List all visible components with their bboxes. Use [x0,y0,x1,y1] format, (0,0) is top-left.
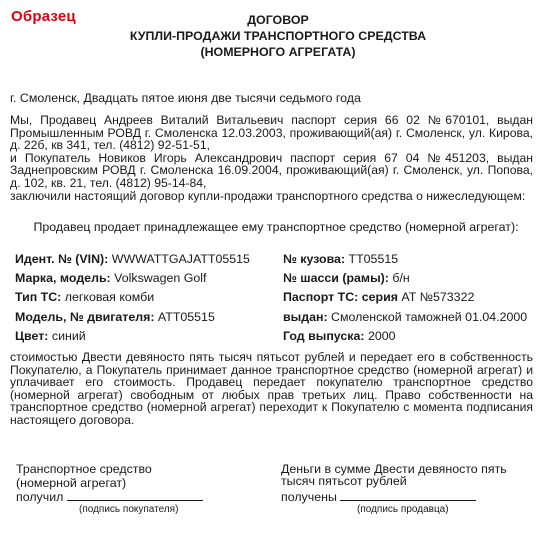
vehicle-passport-field: Паспорт ТС: серия АТ №573322 [283,288,527,307]
vehicle-type-field: Тип ТС: легковая комби [15,288,250,307]
vehicle-fields-left: Идент. № (VIN): WWWATTGAJATT05515 Марка,… [15,250,250,346]
terms-line: настоящего договора. [10,414,533,427]
field-value: Смоленской таможней 01.04.2000 [331,310,527,324]
body-number-field: № кузова: TT05515 [283,250,527,269]
terms-line: уплачивает его стоимость. Продавец перед… [10,376,533,389]
title-line-3: (НОМЕРНОГО АГРЕГАТА) [12,44,544,60]
field-label: № шасси (рамы): [283,271,389,285]
field-label: Идент. № (VIN): [15,252,108,266]
field-value: легковая комби [65,290,154,304]
field-label: Год выпуска: [283,329,365,343]
vin-field: Идент. № (VIN): WWWATTGAJATT05515 [15,250,250,269]
parties-line: заключили настоящий договор купли-продаж… [10,190,533,203]
vehicle-lead-text: Продавец продает принадлежащее ему транс… [0,220,544,234]
seller-signature-block: Деньги в сумме Двести девяносто пять тыс… [281,462,507,516]
parties-line: д. 22б, кв 341, тел. (4812) 92-51-51, [10,139,533,152]
buyer-sign-text-2: (номерной агрегат) [16,476,203,490]
seller-sign-text-2: тысяч пятьсот рублей [281,476,507,487]
title-line-2: КУПЛИ-ПРОДАЖИ ТРАНСПОРТНОГО СРЕДСТВА [12,28,544,44]
title-line-1: ДОГОВОР [12,12,544,28]
field-value: синий [52,329,86,343]
vehicle-fields-right: № кузова: TT05515 № шасси (рамы): б/н Па… [283,250,527,346]
parties-line: Мы, Продавец Андреев Виталий Витальевич … [10,114,533,127]
field-label: № кузова: [283,252,345,266]
field-label: Паспорт ТС: серия [283,290,398,304]
field-value: АТ №573322 [401,290,474,304]
field-value: 2000 [368,329,396,343]
buyer-sign-text-1: Транспортное средство [16,462,203,476]
field-value: TT05515 [349,252,399,266]
field-value: WWWATTGAJATT05515 [112,252,250,266]
seller-signature-line[interactable] [340,490,476,501]
field-label: Тип ТС: [15,290,61,304]
terms-line: стоимостью Двести девяносто пять тысяч п… [10,351,533,364]
buyer-sign-text-3: получил [16,490,63,504]
chassis-field: № шасси (рамы): б/н [283,269,527,288]
engine-field: Модель, № двигателя: ATT05515 [15,308,250,327]
parties-paragraph: Мы, Продавец Андреев Виталий Витальевич … [10,114,533,202]
place-and-date: г. Смоленск, Двадцать пятое июня две тыс… [10,91,361,105]
document-title: ДОГОВОР КУПЛИ-ПРОДАЖИ ТРАНСПОРТНОГО СРЕД… [0,12,544,60]
field-value: б/н [392,271,409,285]
terms-paragraph: стоимостью Двести девяносто пять тысяч п… [10,351,533,427]
seller-signature-caption: (подпись продавца) [281,504,507,516]
issued-by-field: выдан: Смоленской таможней 01.04.2000 [283,308,527,327]
make-model-field: Марка, модель: Volkswagen Golf [15,269,250,288]
field-label: Марка, модель: [15,271,111,285]
buyer-signature-caption: (подпись покупателя) [16,504,203,516]
field-label: выдан: [283,310,328,324]
buyer-signature-block: Транспортное средство (номерной агрегат)… [16,462,203,516]
field-value: Volkswagen Golf [114,271,206,285]
field-label: Цвет: [15,329,48,343]
parties-line: д. 102, кв. 21, тел. (4812) 95-14-84, [10,177,533,190]
year-field: Год выпуска: 2000 [283,327,527,346]
seller-sign-text-3: получены [281,490,337,504]
color-field: Цвет: синий [15,327,250,346]
field-value: ATT05515 [158,310,215,324]
buyer-signature-line[interactable] [67,490,203,501]
field-label: Модель, № двигателя: [15,310,154,324]
